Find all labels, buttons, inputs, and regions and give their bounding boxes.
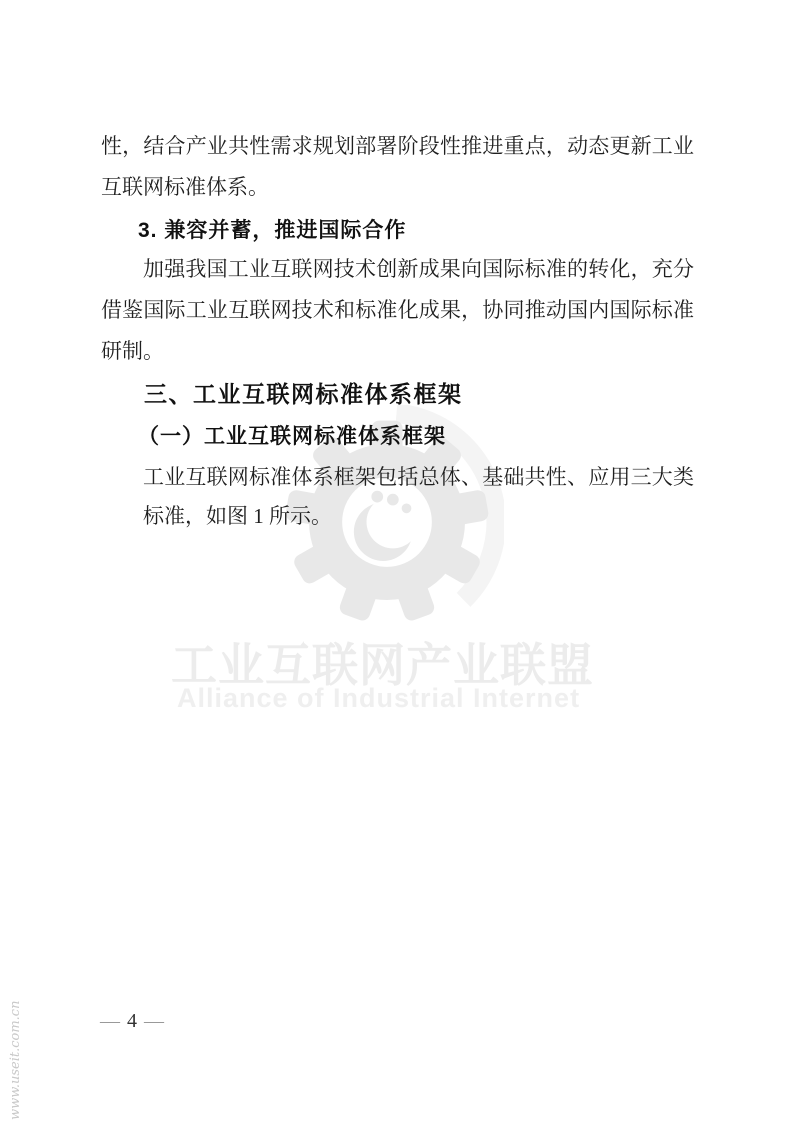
paragraph-line: 加强我国工业互联网技术创新成果向国际标准的转化，充分 xyxy=(143,256,694,282)
heading-compat-international: 3. 兼容并蓄，推进国际合作 xyxy=(138,218,406,244)
page-number: — 4 — xyxy=(100,1010,165,1033)
watermark-site-text: www.useit.com.cn xyxy=(8,1001,23,1120)
page-number-dash-right: — xyxy=(144,1010,165,1032)
paragraph-line: 互联网标准体系。 xyxy=(101,174,269,200)
watermark-en-text: Alliance of Industrial Internet xyxy=(177,683,580,714)
page-number-value: 4 xyxy=(127,1010,138,1032)
paragraph-line: 借鉴国际工业互联网技术和标准化成果，协同推动国内国际标准 xyxy=(101,297,694,323)
paragraph-line: 研制。 xyxy=(101,338,164,364)
heading-section-three: 三、工业互联网标准体系框架 xyxy=(144,381,463,407)
paragraph-line: 性，结合产业共性需求规划部署阶段性推进重点，动态更新工业 xyxy=(101,133,694,159)
heading-subsection-one: （一）工业互联网标准体系框架 xyxy=(138,424,446,450)
paragraph-line: 工业互联网标准体系框架包括总体、基础共性、应用三大类 xyxy=(143,464,694,490)
page-number-dash-left: — xyxy=(100,1010,121,1032)
paragraph-line: 标准，如图 1 所示。 xyxy=(143,503,332,529)
document-page: 工业互联网产业联盟 Alliance of Industrial Interne… xyxy=(0,0,794,1123)
